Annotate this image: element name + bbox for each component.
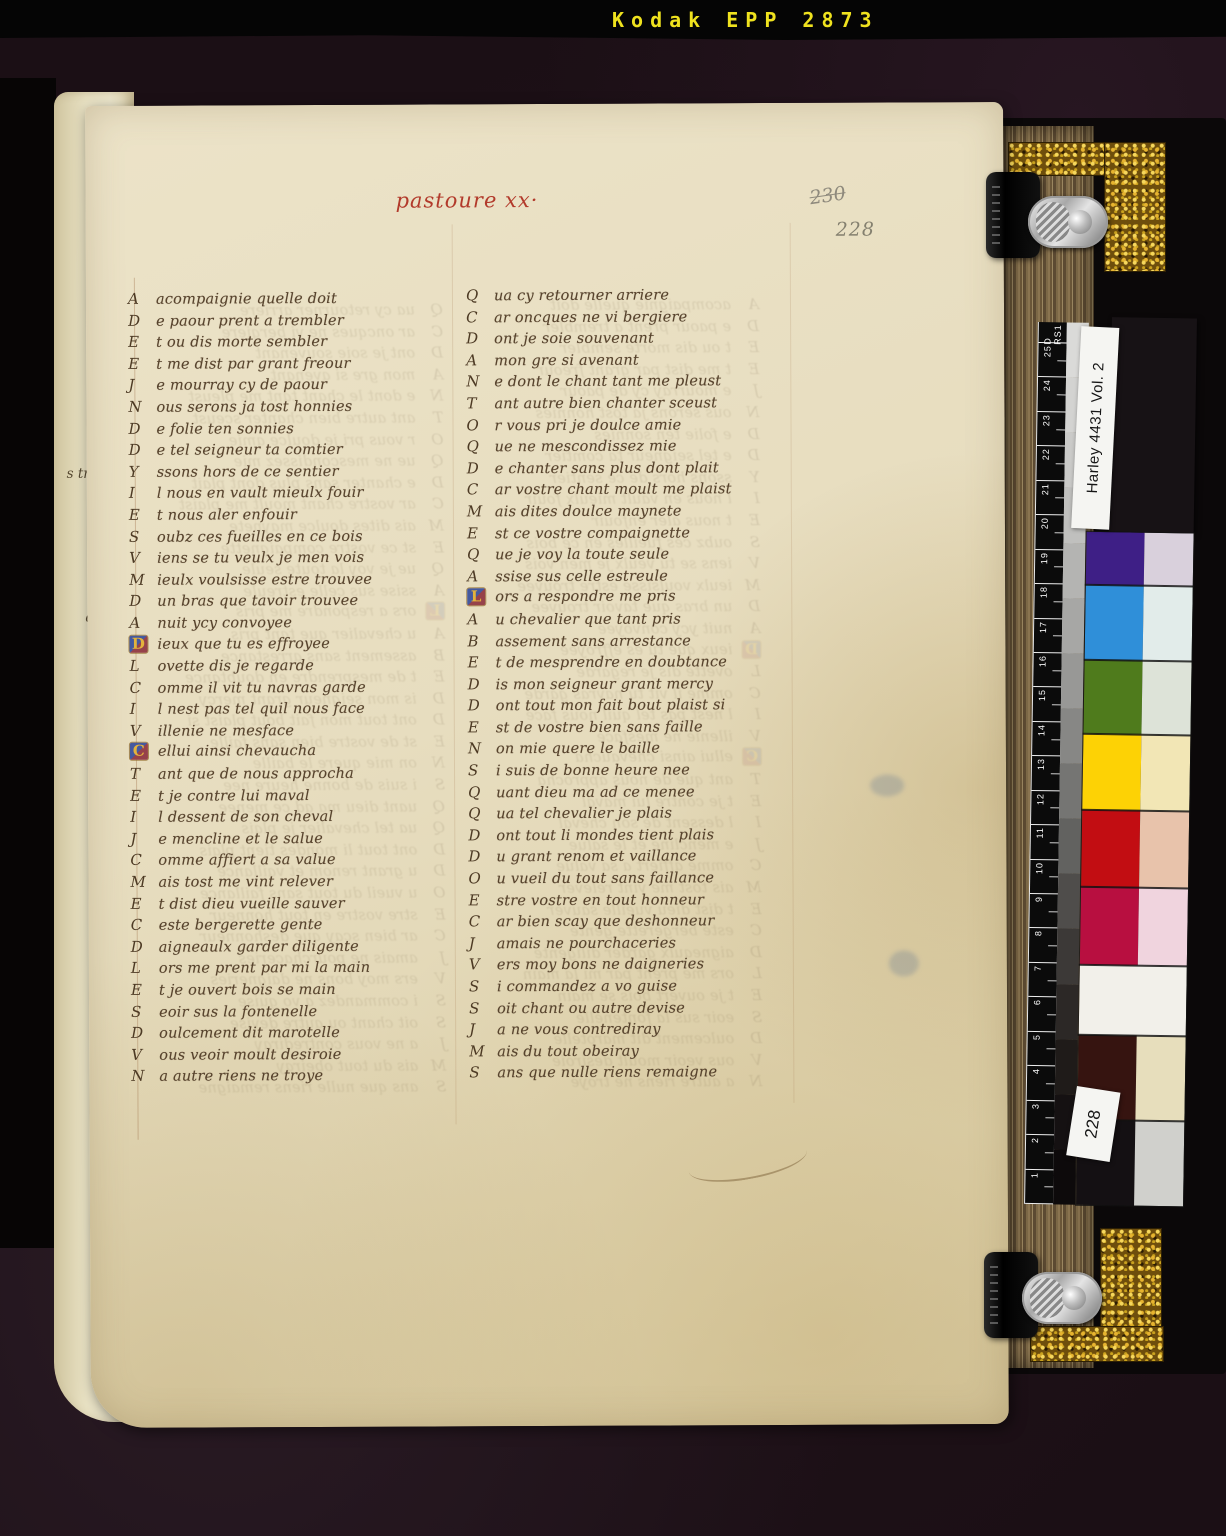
verse-line: De paour prent a trembler (128, 310, 371, 333)
ruler-head: D RS1 (1039, 322, 1067, 343)
verse-initial: N (131, 1067, 151, 1085)
verse-initial: M (426, 1056, 446, 1074)
verse-initial: D (131, 1024, 151, 1042)
verse-initial: Q (468, 783, 488, 801)
verse-line: Comme affiert a sa value (130, 850, 373, 873)
ruling-line (790, 223, 795, 1103)
patch-brown-pale (1135, 1036, 1185, 1122)
verse-line: Est ce vostre compaignette (467, 523, 732, 546)
verse-initial: S (426, 1078, 446, 1096)
ruler-tick: 24 (1037, 377, 1066, 412)
verse-initial: T (130, 765, 150, 783)
verse-initial: D (468, 697, 488, 715)
verse-text: e chanter sans plus dont plait (495, 460, 719, 477)
verse-line: Et dist dieu vueille sauver (131, 893, 374, 916)
verse-line: Et nous aler enfouir (129, 505, 372, 528)
verse-text: st de vostre bien sans faille (496, 719, 703, 736)
verse-initial: E (739, 338, 759, 356)
verse-initial: L (742, 964, 762, 982)
verse-initial: V (741, 727, 761, 745)
verse-initial: N (468, 740, 488, 758)
verse-line: Car vostre chant moult me plaist (467, 480, 732, 503)
ruler-number: 18 (1039, 586, 1049, 598)
ruler-tick: 16 (1033, 653, 1062, 688)
verse-line: Lors a respondre me pris (467, 588, 732, 611)
verse-initial: A (466, 351, 486, 369)
patch-crimson-pale (1138, 888, 1188, 967)
verse-initial: T (466, 394, 486, 412)
verse-line: Villenie ne mesface (130, 721, 373, 744)
verse-text: ar vostre chant moult me plaist (495, 482, 732, 499)
gilt-binding-corner-bottom (1100, 1228, 1162, 1342)
ruler-number: 17 (1038, 621, 1048, 633)
ruler-tick: 20 (1035, 515, 1064, 550)
verse-initial: Q (424, 452, 444, 470)
ruler-number: 9 (1034, 896, 1044, 902)
verse-initial: N (423, 387, 443, 405)
verse-text: ont tout li mondes tient plais (496, 827, 714, 844)
verse-initial: N (742, 1072, 762, 1090)
verse-initial: C (741, 857, 761, 875)
verse-initial: D (425, 840, 445, 858)
patch-crimson (1080, 887, 1139, 966)
verse-initial: B (424, 646, 444, 664)
verse-initial: C (424, 495, 444, 513)
ruler-number: 24 (1042, 380, 1052, 392)
verse-initial: V (426, 970, 446, 988)
ruler-number: 1 (1029, 1171, 1039, 1177)
verse-text: iens se tu veulx je men vois (157, 550, 364, 567)
verse-initial: Q (425, 797, 445, 815)
verse-initial: D (128, 419, 148, 437)
verse-initial: D (129, 592, 149, 610)
verse-text: omme il vit tu navras garde (158, 679, 366, 696)
verse-initial: E (129, 506, 149, 524)
verse-initial: M (424, 516, 444, 534)
verse-line: Mieulx voulsisse estre trouvee (129, 569, 372, 592)
verse-initial: S (131, 1002, 151, 1020)
gray-step (1055, 1039, 1078, 1094)
verse-initial: A (424, 581, 444, 599)
verse-initial: M (130, 873, 150, 891)
verse-line: Soit chant ou autre devise (469, 998, 734, 1021)
illuminated-initial: C (743, 749, 761, 766)
verse-initial: E (740, 511, 760, 529)
verse-line: Si commandez a vo guise (469, 976, 734, 999)
clip-markings (990, 1266, 998, 1324)
verse-initial: C (423, 322, 443, 340)
verse-text: on mie quere le baille (496, 741, 660, 758)
gray-step (1057, 874, 1080, 929)
ruler-tick: 14 (1032, 722, 1061, 757)
verse-line: Non mie quere le baille (468, 739, 733, 762)
illuminated-initial: D (742, 641, 760, 658)
verse-text: t de mesprendre en doubtance (496, 654, 728, 671)
patch-row-blue (1085, 585, 1193, 662)
verse-text: t nous aler enfouir (157, 507, 297, 524)
verse-text: u vueil du tout sans faillance (496, 870, 714, 887)
verse-text: oit chant ou autre devise (497, 1000, 685, 1017)
verse-initial: V (129, 549, 149, 567)
ruler-tick: 19 (1035, 550, 1064, 585)
verse-initial: Q (425, 819, 445, 837)
verse-initial: D (131, 938, 151, 956)
verse-initial: M (129, 570, 149, 588)
ink-smudge (870, 774, 904, 796)
verse-text: ieux que tu es effroyee (157, 635, 330, 652)
ruler-number: 16 (1037, 655, 1047, 667)
verse-line: Tant autre bien chanter sceust (466, 393, 731, 416)
verse-line: Lors me prent par mi la main (131, 958, 374, 981)
illuminated-initial: L (426, 603, 444, 620)
ruler-number: 10 (1034, 862, 1044, 874)
patch-red-pale (1139, 811, 1189, 889)
verse-initial: C (130, 678, 150, 696)
verse-line: Et je contre lui maval (130, 785, 373, 808)
verse-initial: T (741, 770, 761, 788)
ruler-tick: 22 (1036, 446, 1065, 481)
verse-text: e paour prent a trembler (156, 312, 344, 329)
verse-initial: D (740, 597, 760, 615)
verse-line: De chanter sans plus dont plait (467, 458, 732, 481)
verse-initial: O (425, 883, 445, 901)
verse-text: u grant renom et vaillance (496, 849, 696, 866)
verse-initial: M (469, 1042, 489, 1060)
verse-text: ua tel chevalier je plais (496, 806, 672, 823)
gray-step (1060, 708, 1083, 763)
verse-initial: Q (466, 286, 486, 304)
verse-line: Au chevalier que tant pris (467, 609, 732, 632)
verse-initial: J (426, 1035, 446, 1053)
verse-line: Qua cy retourner arriere (466, 285, 731, 308)
verse-line: Que je voy la toute seule (467, 544, 732, 567)
patch-red (1081, 810, 1140, 888)
verse-text: t je ouvert bois se main (159, 982, 336, 999)
ruler-tick: 1 (1025, 1169, 1054, 1204)
ruler-tick: 2 (1026, 1135, 1055, 1170)
verse-line: Amon gre si avenant (466, 350, 731, 373)
verse-text: i suis de bonne heure nee (496, 762, 690, 779)
verse-initial: S (469, 999, 489, 1017)
verse-text: t je contre lui maval (158, 788, 310, 805)
verse-initial: L (131, 959, 151, 977)
verse-initial: E (424, 668, 444, 686)
illuminated-initial: L (467, 589, 485, 606)
verse-initial: E (128, 333, 148, 351)
ruler-tick: 12 (1031, 791, 1060, 826)
verse-initial: I (129, 484, 149, 502)
ruler-tick: 7 (1028, 963, 1057, 998)
verse-text: eoir sus la fontenelle (159, 1004, 317, 1021)
patch-row-green (1083, 660, 1191, 736)
verse-text: ers moy bons ne daigneries (497, 957, 704, 974)
verse-initial: A (467, 567, 487, 585)
verse-initial: V (740, 554, 760, 572)
verse-line: Ceste bergerette gente (131, 915, 374, 938)
verse-initial: O (423, 430, 443, 448)
verse-text: ue ne mescondissez mie (495, 439, 677, 456)
verse-initial: S (468, 761, 488, 779)
verse-text: ue je voy la toute seule (495, 547, 669, 564)
verse-line: Dont tout li mondes tient plais (468, 825, 733, 848)
verse-text: uant dieu ma ad ce menee (496, 784, 695, 801)
verse-initial: J (426, 948, 446, 966)
film-edge-label: Kodak EPP 2873 (612, 8, 932, 32)
verse-text: assement sans arrestance (495, 633, 691, 650)
verse-line: De tel seigneur ta comtier (129, 440, 372, 463)
verse-initial: V (130, 722, 150, 740)
verse-initial: E (131, 894, 151, 912)
verse-text: ous veoir moult desiroie (159, 1047, 341, 1064)
folio-number-pencil: 228 (836, 219, 875, 241)
verse-initial: D (425, 689, 445, 707)
verse-initial: E (468, 653, 488, 671)
verse-text: ais tost me vint relever (158, 874, 333, 891)
verse-text: omme affiert a sa value (158, 852, 335, 869)
verse-line: Bassement sans arrestance (467, 631, 732, 654)
pen-flourish (685, 1133, 809, 1190)
verse-line: Seoir sus la fontenelle (131, 1001, 374, 1024)
verse-line: Dun bras que tavoir trouvee (129, 591, 372, 614)
verse-line: Dont je soie souvenant (466, 328, 731, 351)
verse-line: Ja ne vous contrediray (469, 1019, 734, 1042)
verse-line: Assise sus celle estreule (467, 566, 732, 589)
verse-line: Na autre riens ne troye (131, 1066, 374, 1089)
verse-initial: D (742, 1029, 762, 1047)
ruler-number: 8 (1033, 930, 1043, 936)
verse-initial: S (469, 977, 489, 995)
verse-text: e mourray cy de paour (156, 377, 327, 394)
verse-text: ant autre bien chanter sceust (494, 395, 717, 412)
clip-markings (992, 186, 1000, 244)
verse-text: u chevalier que tant pris (495, 611, 681, 628)
verse-initial: E (739, 360, 759, 378)
verse-text: ous serons ja tost honnies (156, 399, 352, 416)
verse-line: Et ou dis morte sembler (128, 332, 371, 355)
verse-initial: D (739, 317, 759, 335)
verse-initial: E (424, 538, 444, 556)
verse-initial: V (469, 956, 489, 974)
verse-initial: A (467, 610, 487, 628)
ruler-number: 7 (1033, 965, 1043, 971)
verse-initial: S (469, 1064, 489, 1082)
verse-initial: E (469, 891, 489, 909)
verse-line: Car oncques ne vi bergiere (466, 307, 731, 330)
verse-text: ais du tout obeiray (497, 1043, 639, 1060)
illuminated-initial: D (129, 635, 147, 652)
verse-text: ua cy retourner arriere (494, 287, 669, 304)
gilt-binding-corner-bottom (1030, 1326, 1164, 1362)
verse-text: acompaignie quelle doit (156, 291, 337, 308)
ruler-tick: 6 (1028, 997, 1057, 1032)
verse-initial: M (740, 576, 760, 594)
illuminated-initial: C (130, 743, 148, 760)
patch-row-crimson (1080, 887, 1188, 967)
verse-line: Et me dist par grant freour (128, 354, 371, 377)
verse-text: l nous en vault mieulx fouir (157, 485, 364, 502)
verse-text: oubz ces fueilles en ce bois (157, 528, 363, 545)
verse-initial: A (424, 624, 444, 642)
ruler-number: 2 (1030, 1137, 1040, 1143)
patch-blackgray-pale (1134, 1121, 1184, 1207)
verse-initial: D (740, 446, 760, 464)
verse-initial: S (426, 991, 446, 1009)
verse-text: t ou dis morte sembler (156, 334, 327, 351)
verse-initial: J (130, 830, 150, 848)
verse-initial: E (742, 986, 762, 1004)
verse-initial: I (130, 808, 150, 826)
ruler-number: 13 (1036, 758, 1046, 770)
verse-initial: D (468, 826, 488, 844)
verse-line: Je mourray cy de paour (128, 375, 371, 398)
verse-text: ans que nulle riens remaigne (497, 1065, 717, 1082)
verse-initial: E (741, 792, 761, 810)
patch-yellow (1082, 734, 1141, 811)
verse-text: t me dist par grant freour (156, 356, 350, 373)
verse-line: Dont tout mon fait bout plaist si (468, 695, 733, 718)
verse-initial: D (468, 675, 488, 693)
verse-initial: S (425, 776, 445, 794)
verse-line: Comme il vit tu navras garde (130, 677, 373, 700)
ruler-number: 21 (1040, 483, 1050, 495)
verse-initial: Q (467, 545, 487, 563)
verse-initial: J (469, 1020, 489, 1038)
verse-line: Est de vostre bien sans faille (468, 717, 733, 740)
verse-line: Sans que nulle riens remaigne (469, 1063, 734, 1086)
patch-green (1083, 660, 1142, 735)
ruler-number: 5 (1032, 1034, 1042, 1040)
verse-initial: J (469, 934, 489, 952)
verse-initial: I (741, 705, 761, 723)
shelfmark-label: Harley 4431 Vol. 2 (1083, 362, 1107, 494)
verse-initial: D (424, 473, 444, 491)
verse-text: un bras que tavoir trouvee (157, 593, 358, 610)
verse-line: Jamais ne pourchaceries (469, 933, 734, 956)
verse-line: Quant dieu ma ad ce menee (468, 782, 733, 805)
verse-line: Vous veoir moult desiroie (131, 1045, 374, 1068)
verse-initial: T (423, 408, 443, 426)
verse-initial: Y (740, 468, 760, 486)
ruler-number: 22 (1041, 448, 1051, 460)
verse-initial: D (425, 711, 445, 729)
ruler-tick: 23 (1037, 412, 1066, 447)
verse-text: ont tout mon fait bout plaist si (496, 698, 726, 715)
verse-initial: S (740, 533, 760, 551)
gray-step (1056, 984, 1079, 1039)
verse-text: t dist dieu vueille sauver (159, 896, 345, 913)
verse-initial: Q (468, 805, 488, 823)
ruler-number: 20 (1040, 517, 1050, 529)
verse-initial: D (423, 344, 443, 362)
verse-text: st ce vostre compaignette (495, 525, 690, 542)
verse-line: Soubz ces fueilles en ce bois (129, 526, 372, 549)
verse-initial: E (426, 905, 446, 923)
verse-initial: O (466, 416, 486, 434)
verse-line: Cellui ainsi chevaucha (130, 742, 373, 765)
black-reference-patch (1109, 317, 1197, 533)
verse-text: l dessent de son cheval (158, 809, 333, 826)
verse-text: ssons hors de ce sentier (157, 464, 339, 481)
patch-purple (1086, 532, 1145, 586)
verse-text: mon gre si avenant (494, 352, 639, 369)
verse-text: i commandez a vo guise (497, 978, 677, 995)
patch-row-purple (1086, 532, 1194, 587)
verse-text: ais dites doulce maynete (495, 503, 682, 520)
verse-initial: A (129, 614, 149, 632)
verse-line: Doulcement dit marotelle (131, 1023, 374, 1046)
verse-line: Aacompaignie quelle doit (128, 289, 371, 312)
ruler-number: 25 (1042, 345, 1052, 357)
verse-initial: C (469, 912, 489, 930)
verse-initial: N (739, 403, 759, 421)
verse-line: Du grant renom et vaillance (468, 847, 733, 870)
gray-step (1059, 763, 1082, 818)
verse-initial: J (739, 381, 759, 399)
verse-text: ssise sus celle estreule (495, 568, 668, 585)
gray-step (1053, 1149, 1076, 1204)
gray-step (1058, 819, 1081, 874)
ruler-tick: 25 (1038, 343, 1067, 378)
verse-line: Viens se tu veulx je men vois (129, 548, 372, 571)
ruler-tick: 21 (1036, 481, 1065, 516)
verse-text: ieulx voulsisse estre trouvee (157, 571, 372, 588)
verse-initial: C (130, 851, 150, 869)
verse-text: aigneaulx garder diligente (159, 939, 359, 956)
verse-line: Et de mesprendre en doubtance (468, 652, 733, 675)
verse-line: Or vous pri je doulce amie (466, 415, 731, 438)
ruler-tick: 11 (1030, 825, 1059, 860)
verse-initial: Y (129, 462, 149, 480)
verse-initial: N (128, 398, 148, 416)
verse-initial: E (130, 786, 150, 804)
verse-initial: S (426, 1013, 446, 1031)
ruler-number: 6 (1032, 999, 1042, 1005)
verse-initial: D (129, 441, 149, 459)
verse-line: Dieux que tu es effroyee (129, 634, 372, 657)
ruler-number: 11 (1035, 827, 1045, 838)
rubric-heading: pastoure xx· (395, 188, 538, 213)
patch-row-yellow (1082, 734, 1190, 812)
page-clip-bottom (1022, 1272, 1102, 1324)
verse-text: ors me prent par mi la main (159, 960, 370, 977)
page-clip-top (1028, 196, 1108, 248)
verse-initial: D (467, 459, 487, 477)
patch-white (1079, 965, 1187, 1037)
verse-initial: A (128, 290, 148, 308)
verse-initial: E (131, 981, 151, 999)
verse-line: Vers moy bons ne daigneries (469, 955, 734, 978)
verse-text: ellui ainsi chevaucha (158, 743, 316, 760)
verse-line: Qua tel chevalier je plais (468, 803, 733, 826)
film-left-band (0, 78, 56, 1248)
verse-line: Je mencline et le salue (130, 829, 373, 852)
verse-line: Lovette dis je regarde (130, 656, 373, 679)
verse-line: Ou vueil du tout sans faillance (468, 868, 733, 891)
verse-line: Si suis de bonne heure nee (468, 760, 733, 783)
verse-line: Que ne mescondissez mie (467, 436, 732, 459)
verse-initial: Q (467, 437, 487, 455)
verse-text: is mon seigneur grant mercy (496, 676, 714, 693)
verse-line: Tant que de nous approcha (130, 764, 373, 787)
ruler-tick: 17 (1034, 618, 1063, 653)
verse-line: Car bien scay que deshonneur (469, 911, 734, 934)
verse-text: ar bien scay que deshonneur (497, 913, 715, 930)
verse-text: e folie ten sonnies (156, 421, 293, 438)
ruler-tick: 4 (1027, 1066, 1056, 1101)
color-calibration-target: D RS1 2524232221201918171615141312111098… (1024, 316, 1198, 1210)
gilt-binding-corner-top (1104, 142, 1166, 272)
folio-number-struck: 230 (808, 182, 847, 209)
